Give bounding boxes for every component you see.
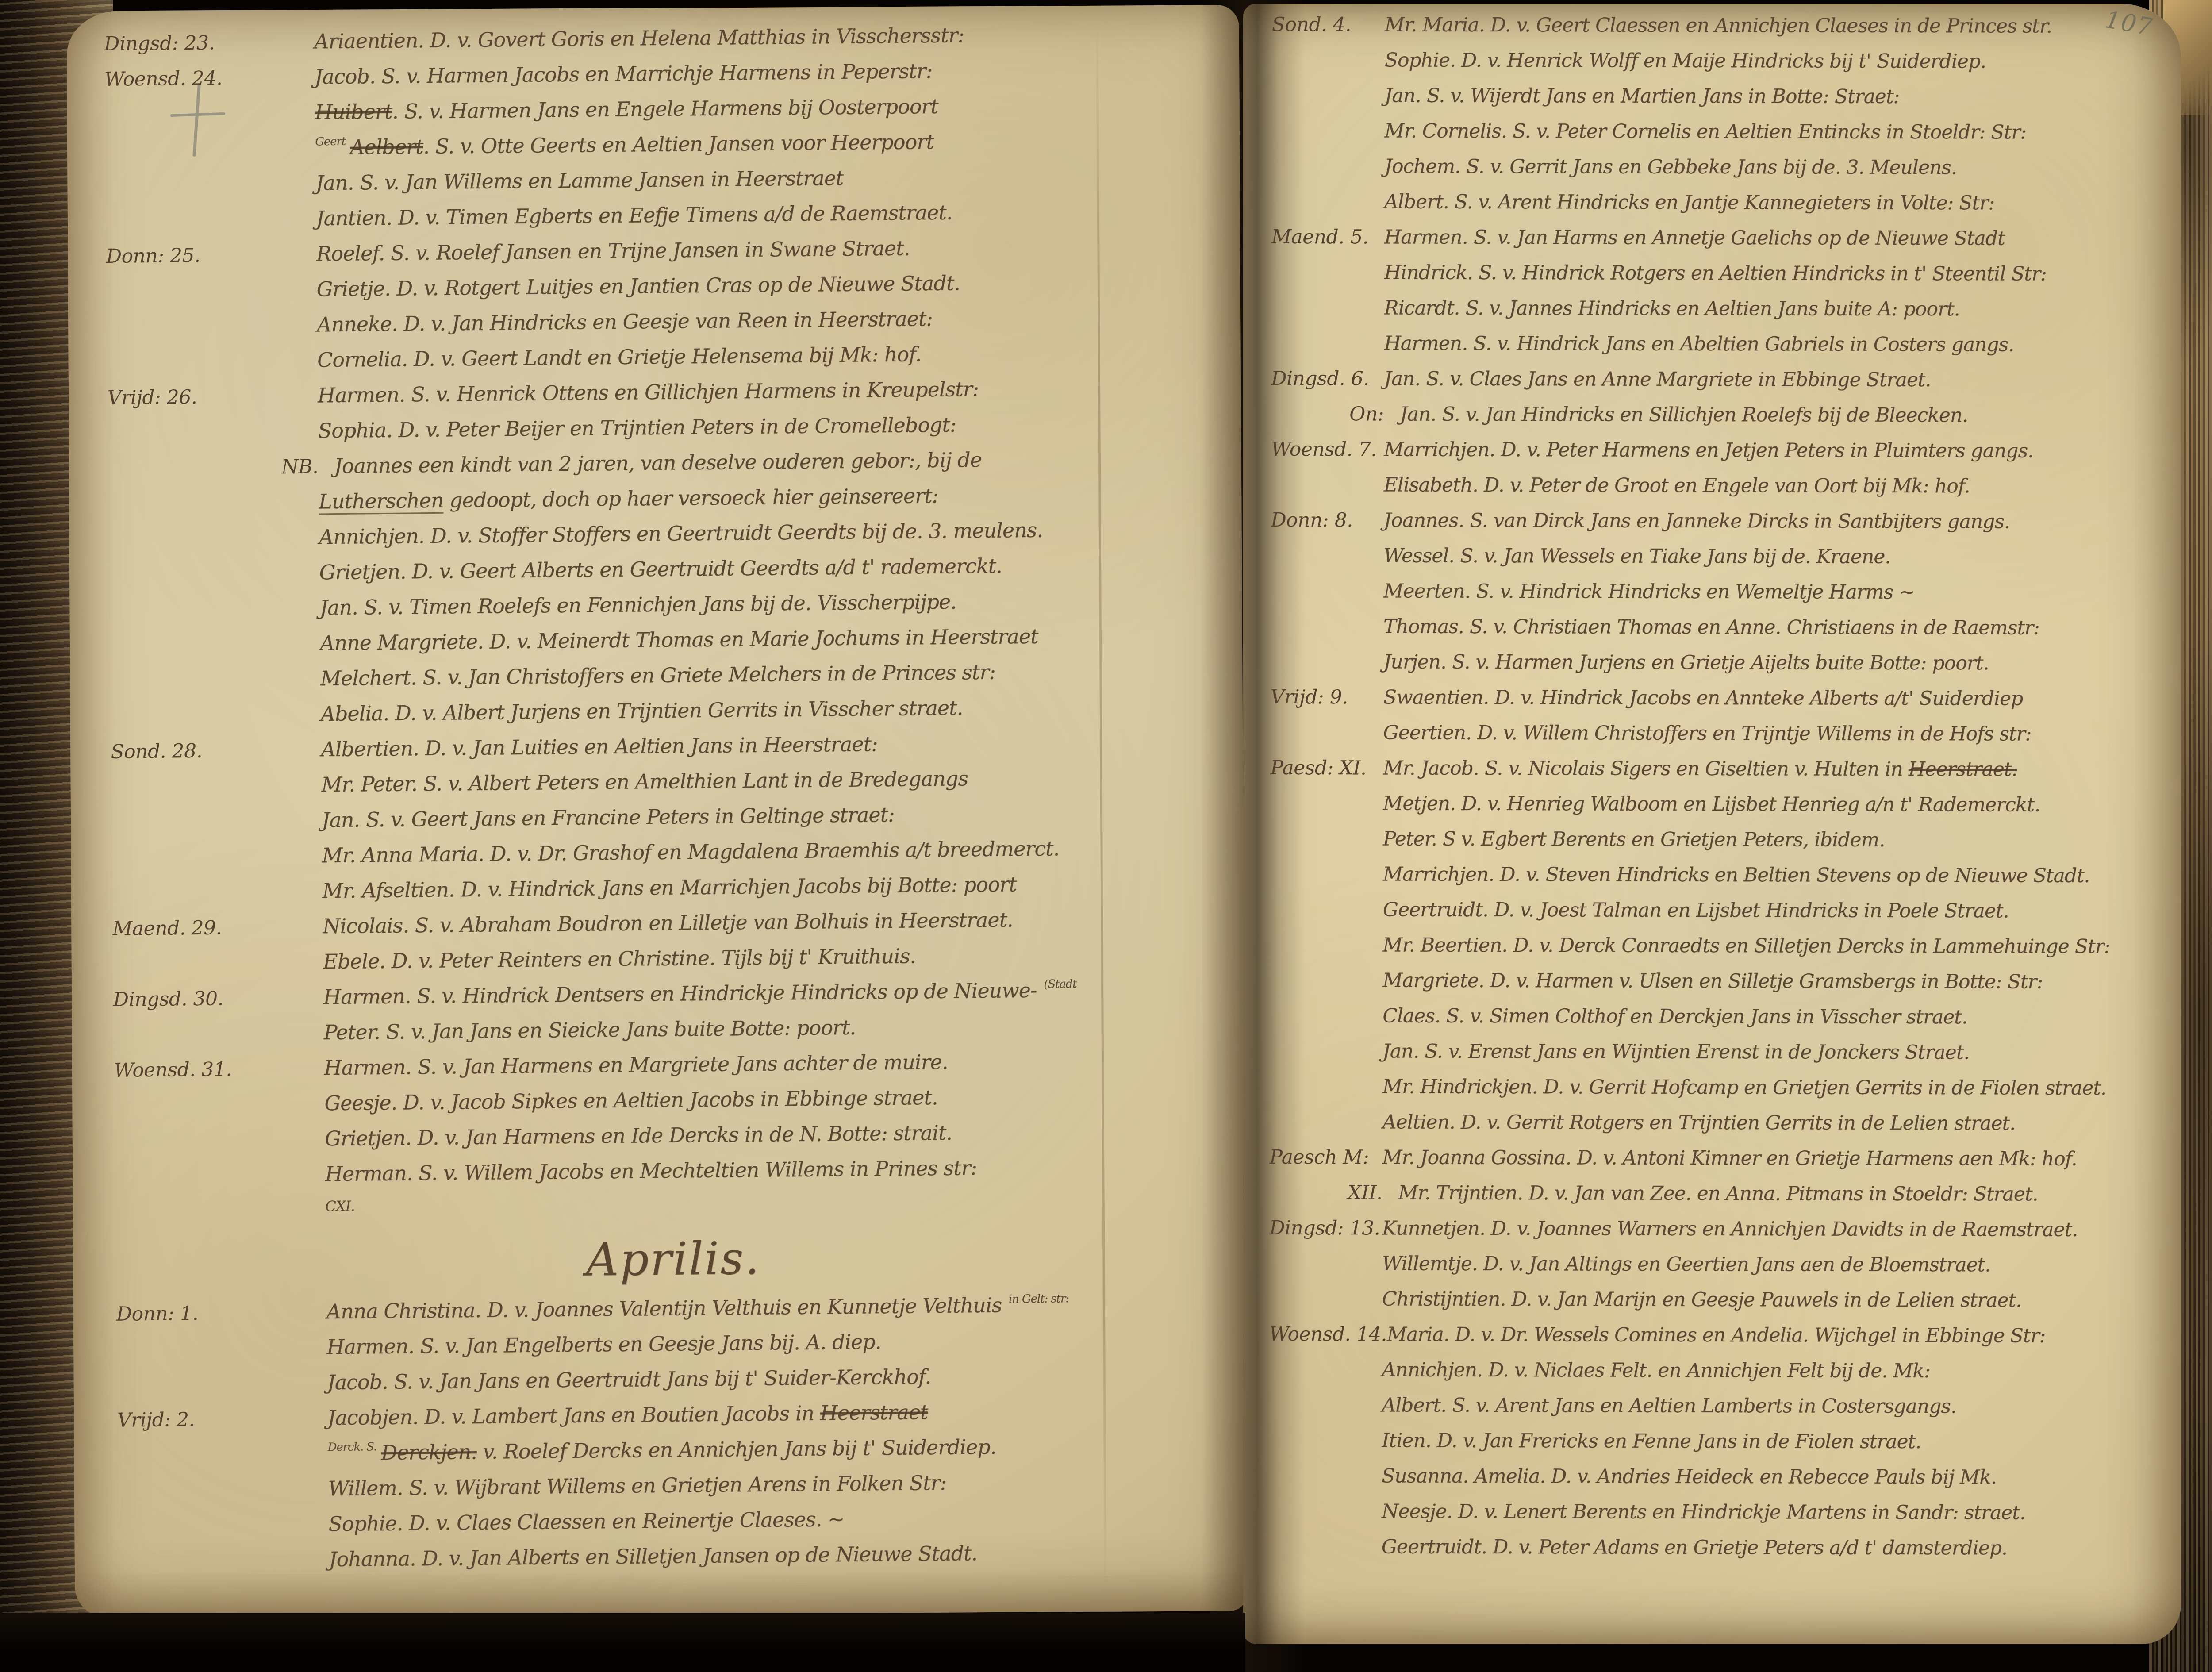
entry-text: Cornelia. D. v. Geert Landt en Grietje H… [317,344,922,370]
entry-day-label: XII. [1269,1183,1398,1203]
entry-day-label [117,1354,327,1356]
entry-text: Sophie. D. v. Henrick Wolff en Maije Hin… [1385,51,1986,72]
entry-text: Jochem. S. v. Gerrit Jans en Gebbeke Jan… [1384,157,1957,178]
entry-day-label [1270,1057,1382,1058]
struck-text: Huibert [315,100,392,124]
entry-day-label [105,119,315,121]
entry-day-label [1271,314,1384,315]
entry-text: Annichjen. D. v. Stoffer Stoffers en Gee… [319,520,1043,547]
entry-day-label [1270,1093,1382,1093]
register-entry: Margriete. D. v. Harmen v. Ulsen en Sill… [1270,971,2212,1008]
register-entry: Albert. S. v. Arent Jans en Aeltien Lamb… [1269,1395,2212,1433]
entry-text: Nicolais. S. v. Abraham Boudron en Lille… [323,909,1013,936]
entry-day-label: Donn: 1. [116,1303,326,1324]
entry-day-label [1270,880,1383,881]
entry-text: Harmen. S. v. Jan Harms en Annetje Gaeli… [1384,228,2005,249]
register-entry: Claes. S. v. Simen Colthof en Derckjen J… [1270,1006,2212,1043]
entry-day-label: Woensd. 24. [104,68,315,89]
entry-text: Jan. S. v. Timen Roelefs en Fennichjen J… [319,592,956,618]
entry-day-label [108,438,318,440]
register-entry: Geertruidt. D. v. Joest Talman en Lijsbe… [1270,900,2212,937]
entry-day-label: Donn: 25. [106,245,316,266]
entry-text: Jacobjen. D. v. Lambert Jans en Boutien … [327,1402,928,1428]
entry-text: Marrichjen. D. v. Peter Harmens en Jetje… [1384,440,2033,461]
register-entry: Sophie. D. v. Henrick Wolff en Maije Hin… [1272,50,2212,88]
struck-text: Derckjen. [381,1440,477,1464]
entry-day-label: Maend. 5. [1271,227,1384,247]
entry-text: Harmen. S. v. Jan Engelberts en Geesje J… [326,1331,881,1357]
register-entry: Wessel. S. v. Jan Wessels en Tiake Jans … [1271,546,2212,583]
entry-text: Harmen. S. v. Jan Harmens en Margriete J… [324,1052,948,1078]
register-entry: Mr. Beertien. D. v. Derck Conraedts en S… [1270,935,2212,972]
register-entry: Jan. S. v. Wijerdt Jans en Martien Jans … [1271,86,2212,123]
register-entry: Ricardt. S. v. Jannes Hindricks en Aelti… [1271,298,2212,335]
entry-day-label: Dingsd. 6. [1271,369,1384,389]
entry-day-label [1271,279,1384,279]
entry-day-label [1270,1128,1382,1129]
entry-day-label: Vrijd: 26. [108,386,318,408]
entry-text: Ebele. D. v. Peter Reinters en Christine… [323,946,916,972]
struck-text: Heerstraet [820,1400,928,1425]
entry-text: Huibert. S. v. Harmen Jans en Engele Har… [315,96,939,123]
entry-day-label: Dingsd: 13. [1269,1218,1382,1238]
entry-day-label [1269,1518,1382,1518]
register-entry: Paesd: XI.Mr. Jacob. S. v. Nicolais Sige… [1270,758,2212,796]
entry-text: Swaentien. D. v. Hindrick Jacobs en Annt… [1383,688,2023,709]
entry-day-label [1271,491,1384,492]
entry-text: Ricardt. S. v. Jannes Hindricks en Aelti… [1384,299,1960,319]
entry-text: Jan. S. v. Claes Jans en Anne Margriete … [1384,369,1931,390]
entry-day-label: Dingsd: 23. [104,32,314,54]
entry-day-label [115,1211,326,1213]
entry-day-label [107,296,317,298]
entry-day-label [108,508,319,511]
register-entry: Paesch M:Mr. Joanna Gossina. D. v. Anton… [1269,1148,2212,1185]
entry-text: Peter. S v. Egbert Berents en Grietjen P… [1383,830,1885,850]
entry-text: Mr. Cornelis. S. v. Peter Cornelis en Ae… [1384,122,2026,142]
entry-text: Peter. S. v. Jan Jans en Sieicke Jans bu… [323,1017,856,1043]
register-entry: Dingsd: 13.Kunnetjen. D. v. Joannes Warn… [1269,1218,2212,1256]
inserted-word: Geert [315,135,346,149]
entry-text: Jan. S. v. Wijerdt Jans en Martien Jans … [1385,86,1900,107]
entry-day-label [115,1181,325,1183]
entry-text: Maria. D. v. Dr. Wessels Comines en Ande… [1387,1325,2045,1346]
struck-text: Aelbert [350,135,423,159]
register-entry: Geertruidt. D. v. Peter Adams en Grietje… [1269,1537,2212,1574]
entry-day-label [105,190,315,192]
underlined-text: Lutherschen [319,488,444,515]
register-entry: Albert. S. v. Arent Hindricks en Jantje … [1271,192,2212,229]
entry-day-label [110,615,320,617]
entry-text: Herman. S. v. Willem Jacobs en Mechtelti… [325,1157,977,1184]
entry-text: Jacob. S. v. Harmen Jacobs en Marrichje … [315,61,933,87]
entry-text: Grietjen. D. v. Geert Alberts en Geertru… [319,556,1002,583]
month-heading-row: Aprilis. [115,1215,1231,1303]
entry-day-label [105,154,315,157]
entry-day-label [113,969,323,971]
entry-day-label [110,650,320,652]
entry-day-label [1269,1305,1382,1306]
entry-text: Mr. Trijntien. D. v. Jan van Zee. en Ann… [1398,1184,2038,1204]
entry-day-label [1270,845,1383,846]
register-entry: Woensd. 14.Maria. D. v. Dr. Wessels Comi… [1269,1325,2212,1362]
entry-text: CXI. [325,1199,354,1214]
entry-text: Willem. S. v. Wijbrant Willems en Grietj… [328,1472,946,1499]
register-entry: Peter. S v. Egbert Berents en Grietjen P… [1270,829,2212,866]
entry-day-label [118,1495,328,1498]
entry-text: Kunnetjen. D. v. Joannes Warners en Anni… [1382,1219,2078,1240]
entry-text: Abelia. D. v. Albert Jurjens en Trijntie… [321,697,963,724]
entry-day-label [1270,951,1383,952]
entry-text: Harmen. S. v. Henrick Ottens en Gillichj… [318,379,979,405]
entry-day-label [106,225,316,227]
struck-text: Heerstraet. [1909,758,2017,781]
entry-text: Mr. Joanna Gossina. D. v. Antoni Kimner … [1382,1148,2077,1169]
register-entry: Jochem. S. v. Gerrit Jans en Gebbeke Jan… [1271,157,2212,194]
entry-text: Willemtje. D. v. Jan Altings en Geertien… [1382,1254,1990,1275]
entry-text: Wessel. S. v. Jan Wessels en Tiake Jans … [1383,546,1890,567]
entry-text: Mr. Afseltien. D. v. Hindrick Jans en Ma… [322,874,1017,901]
entry-text: Jurjen. S. v. Harmen Jurjens en Grietje … [1383,653,1989,673]
entry-day-label [111,827,322,829]
entry-text: Mr. Anna Maria. D. v. Dr. Grashof en Mag… [322,838,1060,865]
entry-day-label [1271,668,1383,669]
entry-text: Albertien. D. v. Jan Luities en Aeltien … [321,734,877,759]
entry-day-label [119,1531,329,1533]
entry-text: Ariaentien. D. v. Govert Goris en Helena… [314,25,964,51]
entry-day-label [107,367,317,369]
register-entry: Metjen. D. v. Henrieg Walboom en Lijsbet… [1270,794,2212,831]
entry-text: Grietje. D. v. Rotgert Luitjes en Jantie… [316,273,960,299]
entry-day-label [111,792,322,794]
entry-text: Mr. Hindrickjen. D. v. Gerrit Hofcamp en… [1382,1077,2106,1098]
entry-text: Anne Margriete. D. v. Meinerdt Thomas en… [320,626,1038,653]
entry-day-label [1271,208,1384,208]
entry-day-label [1269,1553,1382,1553]
entry-day-label [114,1039,324,1042]
entry-text: Jan. S. v. Jan Willems en Lamme Jansen i… [315,168,844,193]
entry-text: Jacob. S. v. Jan Jans en Geertruidt Jans… [327,1366,931,1392]
inserted-word: in Gelt: str: [1009,1292,1069,1306]
entry-day-label: Paesch M: [1270,1148,1382,1168]
entry-text: Jan. S. v. Jan Hindricks en Sillichjen R… [1400,405,1968,426]
register-entry: Woensd. 7.Marrichjen. D. v. Peter Harmen… [1271,440,2212,477]
entry-day-label [1269,1376,1382,1376]
register-entry: Mr. Hindrickjen. D. v. Gerrit Hofcamp en… [1270,1077,2212,1114]
entry-text: Aeltien. D. v. Gerrit Rotgers en Trijnti… [1382,1113,2016,1134]
entry-day-label: Dingsd. 30. [113,988,323,1010]
entry-day-label: Paesd: XI. [1270,758,1383,778]
register-entry: Vrijd: 9.Swaentien. D. v. Hindrick Jacob… [1271,688,2212,725]
entry-text: Joannes een kindt van 2 jaren, van desel… [334,450,982,476]
entry-text: Hindrick. S. v. Hindrick Rotgers en Aelt… [1384,263,2047,284]
entry-day-label [115,1145,325,1148]
register-entry: Dingsd. 6.Jan. S. v. Claes Jans en Anne … [1271,369,2212,406]
entry-text: Harmen. S. v. Hindrick Jans en Abeltien … [1384,334,2014,355]
entry-day-label [1269,1482,1382,1483]
entry-text: Lutherschen gedoopt, doch op haer versoe… [319,485,938,511]
entry-text: Albert. S. v. Arent Jans en Aeltien Lamb… [1382,1396,1956,1417]
entry-day-label: Maend. 29. [112,917,323,939]
entry-day-label: Sond. 28. [111,740,321,762]
entry-text: Elisabeth. D. v. Peter de Groot en Engel… [1384,476,1970,496]
entry-day-label [1271,597,1383,598]
register-entry: Susanna. Amelia. D. v. Andries Heideck e… [1269,1466,2212,1503]
entry-day-label [119,1566,329,1568]
entry-day-label [109,579,319,581]
entry-text: Melchert. S. v. Jan Christoffers en Grie… [320,662,995,689]
entry-day-label: Vrijd: 9. [1271,688,1383,707]
entry-text: Christijntien. D. v. Jan Marijn en Geesj… [1382,1290,2021,1311]
entry-day-label [1270,987,1382,987]
entry-day-label: Woensd. 31. [114,1059,324,1080]
entry-day-label [1270,1022,1382,1022]
entry-day-label: Woensd. 14. [1269,1325,1387,1345]
entry-day-label [1271,350,1384,350]
register-entry: Thomas. S. v. Christiaen Thomas en Anne.… [1271,617,2212,654]
entry-text: Derck. S.Derckjen. v. Roelef Dercks en A… [328,1437,996,1463]
entry-day-label [1271,562,1383,562]
entry-text: Mr. Maria. D. v. Geert Claessen en Annic… [1385,15,2052,36]
entry-day-label [112,898,323,900]
entry-day-label [112,862,322,865]
entry-day-label [1271,739,1383,739]
entry-text: Grietjen. D. v. Jan Harmens en Ide Derck… [325,1122,952,1149]
inserted-word: (Stadt [1044,977,1077,991]
entry-text: Joannes. S. van Dirck Jans en Janneke Di… [1384,511,2010,532]
register-entry: Itien. D. v. Jan Frericks en Fenne Jans … [1269,1431,2212,1468]
table-shadow [0,1613,1245,1672]
entry-text: Albert. S. v. Arent Hindricks en Jantje … [1384,192,1994,213]
entry-text: Mr. Peter. S. v. Albert Peters en Amelth… [321,768,968,795]
register-entry: On:Jan. S. v. Jan Hindricks en Sillichje… [1271,404,2212,442]
month-heading: Aprilis. [586,1236,760,1283]
entry-day-label [1271,633,1383,633]
entry-day-label: NB. [108,457,334,479]
register-entry: Harmen. S. v. Hindrick Jans en Abeltien … [1271,334,2212,371]
register-entry: Maend. 5.Harmen. S. v. Jan Harms en Anne… [1271,227,2212,265]
right-page-text: Sond. 4.Mr. Maria. D. v. Geert Claessen … [1269,15,2212,1574]
entry-text: Harmen. S. v. Hindrick Dentsers en Hindr… [323,980,1077,1007]
entry-text: Thomas. S. v. Christiaen Thomas en Anne.… [1383,617,2039,638]
register-entry: Jan. S. v. Erenst Jans en Wijntien Erens… [1270,1042,2212,1079]
entry-text: Marrichjen. D. v. Steven Hindricks en Be… [1383,865,2090,886]
entry-day-label [110,685,320,688]
register-entry: Sond. 4.Mr. Maria. D. v. Geert Claessen … [1272,15,2212,52]
entry-text: Itien. D. v. Jan Frericks en Fenne Jans … [1382,1431,1921,1452]
entry-text: Susanna. Amelia. D. v. Andries Heideck e… [1382,1467,1997,1488]
entry-text: Annichjen. D. v. Niclaes Felt. en Annich… [1382,1361,1930,1381]
register-entry: Marrichjen. D. v. Steven Hindricks en Be… [1270,865,2212,902]
entry-day-label [1269,1447,1382,1447]
register-entry: Meerten. S. v. Hindrick Hindricks en Wem… [1271,581,2212,619]
entry-text: Meerten. S. v. Hindrick Hindricks en Wem… [1383,582,1915,603]
entry-day-label [1269,1270,1382,1270]
entry-text: Jan. S. v. Erenst Jans en Wijntien Erens… [1382,1042,1970,1063]
entry-text: Claes. S. v. Simen Colthof en Derckjen J… [1382,1007,1967,1027]
entry-text: Anneke. D. v. Jan Hindricks en Geesje va… [317,308,933,334]
manuscript-scan: 107 Dingsd: 23.Ariaentien. D. v. Govert … [0,0,2212,1672]
entry-text: Geertruidt. D. v. Joest Talman en Lijsbe… [1383,900,2009,921]
entry-text: Jantien. D. v. Timen Egberts en Eefje Ti… [316,202,952,229]
entry-text: Mr. Jacob. S. v. Nicolais Sigers en Gise… [1383,759,2017,780]
entry-text: Margriete. D. v. Harmen v. Ulsen en Sill… [1382,971,2043,992]
entry-text: Roelef. S. v. Roelef Jansen en Trijne Ja… [316,238,910,264]
register-entry: Christijntien. D. v. Jan Marijn en Geesj… [1269,1289,2212,1326]
register-entry: Mr. Cornelis. S. v. Peter Cornelis en Ae… [1271,121,2212,158]
register-entry: Aeltien. D. v. Gerrit Rotgers en Trijnti… [1270,1112,2212,1149]
entry-day-label [111,721,321,723]
entry-day-label: On: [1271,404,1400,424]
entry-day-label [1271,173,1384,173]
entry-day-label: Woensd. 7. [1271,440,1384,460]
entry-day-label [1272,102,1385,102]
entry-day-label [1270,916,1383,916]
register-entry: Jurjen. S. v. Harmen Jurjens en Grietje … [1271,652,2212,689]
entry-text: Metjen. D. v. Henrieg Walboom en Lijsbet… [1383,794,2040,815]
register-entry: Neesje. D. v. Lenert Berents en Hindrick… [1269,1502,2212,1539]
register-entry: Hindrick. S. v. Hindrick Rotgers en Aelt… [1271,263,2212,300]
entry-day-label [1269,1411,1382,1412]
entry-text: Jan. S. v. Geert Jans en Francine Peters… [322,804,895,830]
entry-day-label [1270,810,1383,810]
entry-text: Neesje. D. v. Lenert Berents en Hindrick… [1382,1502,2025,1523]
register-entry: Willemtje. D. v. Jan Altings en Geertien… [1269,1254,2212,1291]
entry-text: Geesje. D. v. Jacob Sipkes en Aeltien Ja… [324,1087,938,1113]
entry-text: Anna Christina. D. v. Joannes Valentijn … [326,1294,1069,1322]
register-entry: Elisabeth. D. v. Peter de Groot en Engel… [1271,475,2212,512]
register-entry: XII.Mr. Trijntien. D. v. Jan van Zee. en… [1269,1183,2212,1220]
entry-day-label: Vrijd: 2. [117,1409,327,1430]
register-entry: Geertien. D. v. Willem Christoffers en T… [1270,723,2212,760]
entry-text: Mr. Beertien. D. v. Derck Conraedts en S… [1383,936,2110,957]
entry-day-label [114,1110,324,1112]
entry-day-label [1272,66,1385,67]
entry-day-label [109,544,319,546]
entry-day-label [1271,137,1384,138]
entry-text: Geertruidt. D. v. Peter Adams en Grietje… [1382,1537,2007,1558]
entry-text: Sophie. D. v. Claes Claessen en Reinertj… [328,1509,844,1534]
left-page-text: Dingsd: 23.Ariaentien. D. v. Govert Gori… [104,23,1234,1587]
entry-day-label [107,331,317,334]
entry-text: Johanna. D. v. Jan Alberts en Silletjen … [329,1543,977,1569]
entry-text: Geertien. D. v. Willem Christoffers en T… [1383,723,2032,744]
inserted-word: Derck. S. [328,1441,377,1454]
entry-day-label: Donn: 8. [1271,511,1384,530]
entry-text: GeertAelbert. S. v. Otte Geerts en Aelti… [315,131,934,158]
register-entry: Donn: 8.Joannes. S. van Dirck Jans en Ja… [1271,511,2212,548]
entry-day-label: Sond. 4. [1272,15,1385,35]
entry-day-label [117,1389,327,1391]
register-entry: Annichjen. D. v. Niclaes Felt. en Annich… [1269,1360,2212,1397]
entry-day-label [118,1460,328,1462]
entry-text: Sophia. D. v. Peter Beijer en Trijntien … [318,415,956,441]
